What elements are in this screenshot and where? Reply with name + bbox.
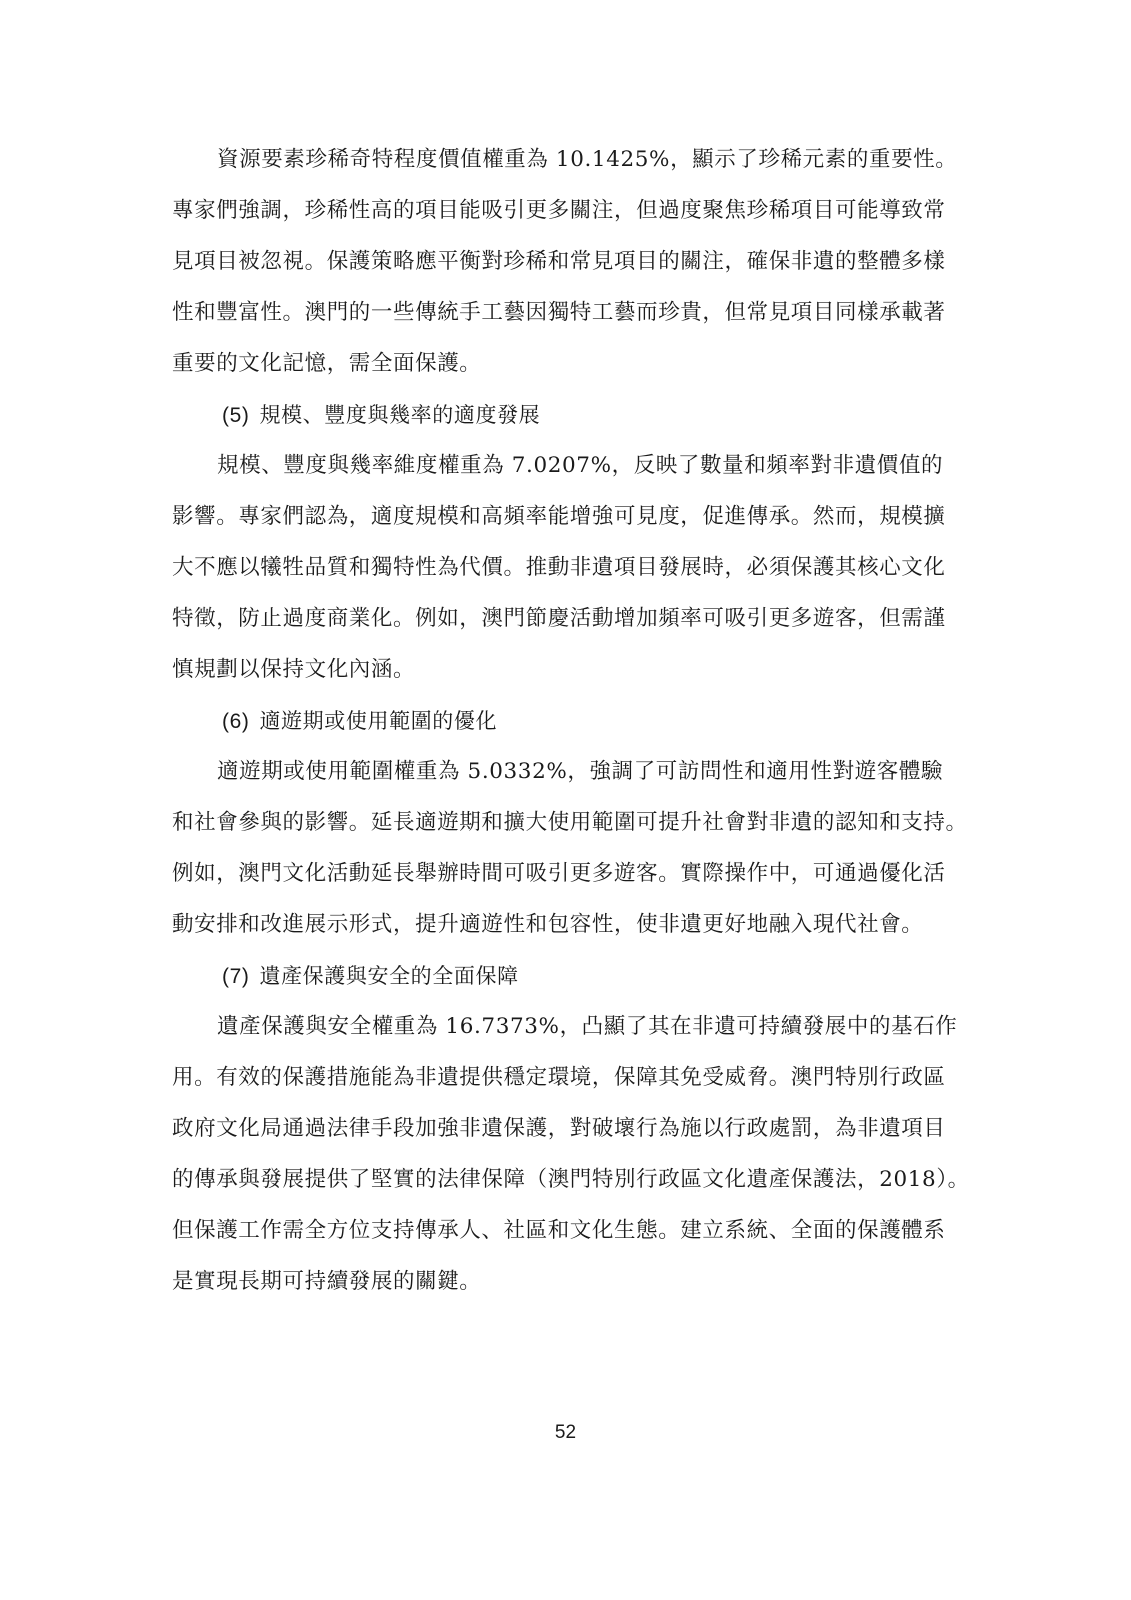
text-line: 的傳承與發展提供了堅實的法律保障（澳門特別行政區文化遺產保護法，2018）。 [172,1160,947,1211]
text-line: 是實現長期可持續發展的關鍵。 [172,1262,947,1313]
text-line: 動安排和改進展示形式，提升適遊性和包容性，使非遺更好地融入現代社會。 [172,905,947,956]
page-number: 52 [0,1422,1131,1444]
text-line: 用。有效的保護措施能為非遺提供穩定環境，保障其免受威脅。澳門特別行政區 [172,1058,947,1109]
section-number: (5) [222,404,249,427]
text-line: 遺產保護與安全權重為 16.7373%，凸顯了其在非遺可持續發展中的基石作 [172,1007,947,1058]
section-title: 適遊期或使用範圍的優化 [259,709,497,733]
text-line: 適遊期或使用範圍權重為 5.0332%，強調了可訪問性和適用性對遊客體驗 [172,752,947,803]
text-line: 資源要素珍稀奇特程度價值權重為 10.1425%，顯示了珍稀元素的重要性。 [172,140,947,191]
section-number: (7) [222,965,249,988]
text-line: 影響。專家們認為，適度規模和高頻率能增強可見度，促進傳承。然而，規模擴 [172,497,947,548]
text-line: 政府文化局通過法律手段加強非遺保護，對破壞行為施以行政處罰，為非遺項目 [172,1109,947,1160]
text-line: 特徵，防止過度商業化。例如，澳門節慶活動增加頻率可吸引更多遊客，但需謹 [172,599,947,650]
text-line: 性和豐富性。澳門的一些傳統手工藝因獨特工藝而珍貴，但常見項目同樣承載著 [172,293,947,344]
document-body: 資源要素珍稀奇特程度價值權重為 10.1425%，顯示了珍稀元素的重要性。 專家… [172,140,947,1313]
section-number: (6) [222,710,249,733]
text-line: 重要的文化記憶，需全面保護。 [172,344,947,395]
section-7: (7)遺產保護與安全的全面保障 遺產保護與安全權重為 16.7373%，凸顯了其… [172,956,947,1313]
section-heading: (6)適遊期或使用範圍的優化 [172,701,947,752]
text-line: 專家們強調，珍稀性高的項目能吸引更多關注，但過度聚焦珍稀項目可能導致常 [172,191,947,242]
section-5: (5)規模、豐度與幾率的適度發展 規模、豐度與幾率維度權重為 7.0207%，反… [172,395,947,701]
section-6: (6)適遊期或使用範圍的優化 適遊期或使用範圍權重為 5.0332%，強調了可訪… [172,701,947,956]
text-line: 慎規劃以保持文化內涵。 [172,650,947,701]
section-heading: (5)規模、豐度與幾率的適度發展 [172,395,947,446]
section-heading: (7)遺產保護與安全的全面保障 [172,956,947,1007]
text-line: 大不應以犧牲品質和獨特性為代價。推動非遺項目發展時，必須保護其核心文化 [172,548,947,599]
text-line: 和社會參與的影響。延長適遊期和擴大使用範圍可提升社會對非遺的認知和支持。 [172,803,947,854]
text-line: 見項目被忽視。保護策略應平衡對珍稀和常見項目的關注，確保非遺的整體多樣 [172,242,947,293]
section-title: 遺產保護與安全的全面保障 [259,964,518,988]
text-line: 例如，澳門文化活動延長舉辦時間可吸引更多遊客。實際操作中，可通過優化活 [172,854,947,905]
text-line: 但保護工作需全方位支持傳承人、社區和文化生態。建立系統、全面的保護體系 [172,1211,947,1262]
section-title: 規模、豐度與幾率的適度發展 [259,403,540,427]
text-line: 規模、豐度與幾率維度權重為 7.0207%，反映了數量和頻率對非遺價值的 [172,446,947,497]
paragraph-rarity: 資源要素珍稀奇特程度價值權重為 10.1425%，顯示了珍稀元素的重要性。 專家… [172,140,947,395]
